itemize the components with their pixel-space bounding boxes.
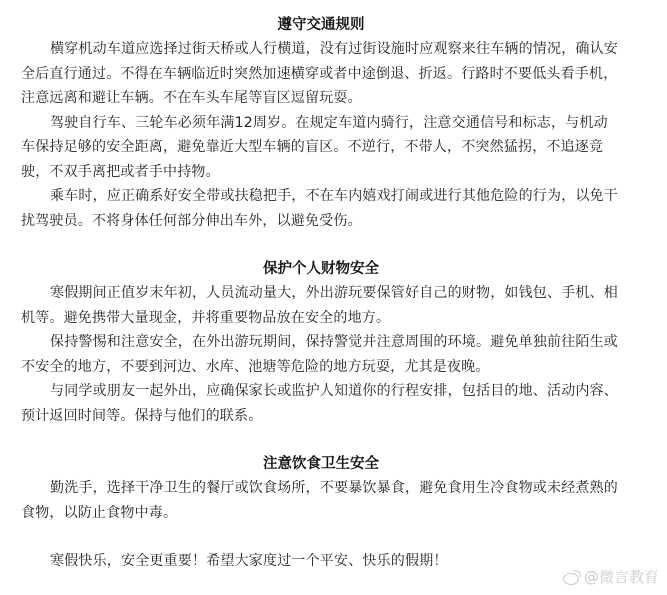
paragraph: 保持警惕和注意安全，在外出游玩期间，保持警觉并注意周围的环境。避免单独前往陌生或… [21, 330, 621, 379]
section-heading-property: 保护个人财物安全 [21, 257, 621, 281]
paragraph: 驾驶自行车、三轮车必须年满12周岁。在规定车道内骑行，注意交通信号和标志，与机动… [21, 111, 621, 185]
spacer [21, 525, 621, 549]
article: 遵守交通规则 横穿机动车道应选择过街天桥或人行横道，没有过街设施时应观察来往车辆… [21, 13, 621, 574]
paragraph: 与同学或朋友一起外出，应确保家长或监护人知道你的行程安排，包括目的地、活动内容、… [21, 379, 621, 428]
paragraph: 寒假期间正值岁末年初，人员流动量大，外出游玩要保管好自己的财物，如钱包、手机、相… [21, 281, 621, 330]
watermark-text: @微言教育 [584, 566, 659, 587]
spacer [21, 428, 621, 452]
closing-line: 寒假快乐，安全更重要！希望大家度过一个平安、快乐的假期！ [21, 549, 621, 574]
paragraph: 勤洗手，选择干净卫生的餐厅或饮食场所，不要暴饮暴食，避免食用生冷食物或未经煮熟的… [21, 476, 621, 525]
spacer [21, 233, 621, 257]
watermark: @微言教育 [563, 566, 659, 587]
section-heading-traffic: 遵守交通规则 [21, 13, 621, 37]
weibo-icon [563, 570, 581, 584]
paragraph: 横穿机动车道应选择过街天桥或人行横道，没有过街设施时应观察来往车辆的情况，确认安… [21, 37, 621, 111]
section-heading-food: 注意饮食卫生安全 [21, 452, 621, 476]
paragraph: 乘车时，应正确系好安全带或扶稳把手，不在车内嬉戏打闹或进行其他危险的行为，以免干… [21, 184, 621, 233]
